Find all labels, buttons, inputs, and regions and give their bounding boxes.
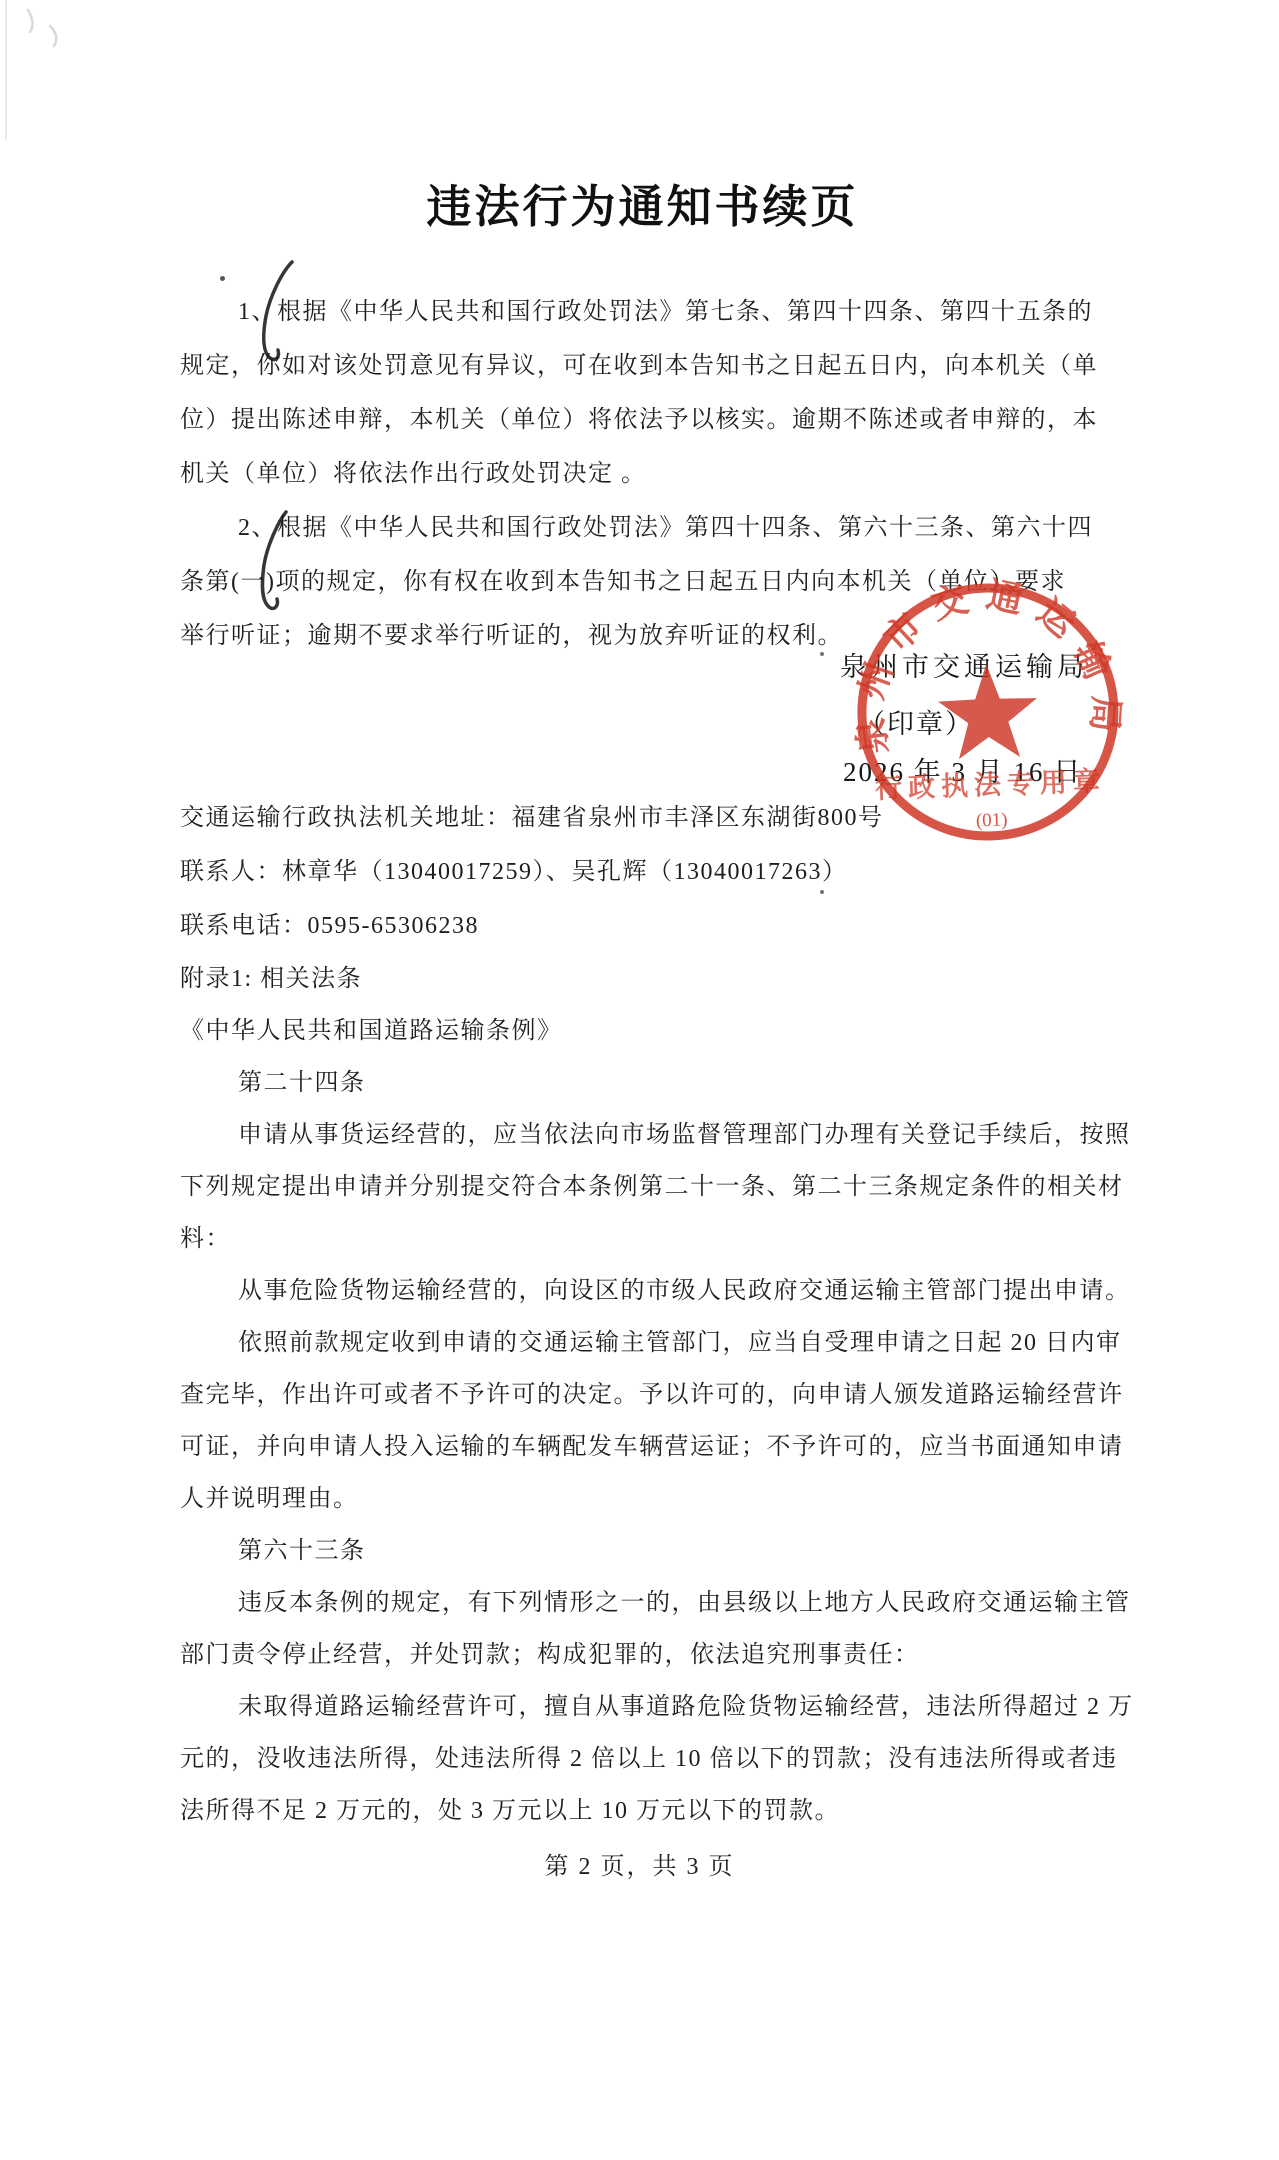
article24-line-7: 可证，并向申请人投入运输的车辆配发车辆营运证；不予许可的，应当书面通知申请	[180, 1421, 1105, 1473]
para2-line-1: 2、根据《中华人民共和国行政处罚法》第四十四条、第六十三条、第六十四	[180, 501, 1105, 555]
article63-line-3: 未取得道路运输经营许可，擅自从事道路危险货物运输经营，违法所得超过 2 万	[180, 1681, 1105, 1733]
page-title: 违法行为通知书续页	[180, 170, 1105, 235]
para1-line-1: 1、根据《中华人民共和国行政处罚法》第七条、第四十四条、第四十五条的	[180, 285, 1105, 339]
contact-persons-line: 联系人：林章华（13040017259）、吴孔辉（13040017263）	[180, 845, 1105, 899]
agency-address-line: 交通运输行政执法机关地址：福建省泉州市丰泽区东湖街800号	[180, 791, 1105, 845]
article63-line-2: 部门责令停止经营，并处罚款；构成犯罪的，依法追究刑事责任：	[180, 1629, 1105, 1681]
article24-line-1: 申请从事货运经营的，应当依法向市场监督管理部门办理有关登记手续后，按照	[180, 1109, 1105, 1161]
article24-line-8: 人并说明理由。	[180, 1473, 1105, 1525]
contact-block: 交通运输行政执法机关地址：福建省泉州市丰泽区东湖街800号 联系人：林章华（13…	[180, 791, 1105, 953]
article63-heading: 第六十三条	[180, 1525, 1105, 1577]
ink-dot	[820, 890, 824, 894]
article24-line-3: 料：	[180, 1213, 1105, 1265]
article63-line-1: 违反本条例的规定，有下列情形之一的，由县级以上地方人民政府交通运输主管	[180, 1577, 1105, 1629]
article24-line-5: 依照前款规定收到申请的交通运输主管部门，应当自受理申请之日起 20 日内审	[180, 1317, 1105, 1369]
signature-date: 2026 年 3 月 16 日	[843, 750, 1082, 789]
article24-line-6: 查完毕，作出许可或者不予许可的决定。予以许可的，向申请人颁发道路运输经营许	[180, 1369, 1105, 1421]
scanned-notice-page: 违法行为通知书续页 1、根据《中华人民共和国行政处罚法》第七条、第四十四条、第四…	[0, 0, 1279, 2160]
ink-dot	[220, 276, 225, 281]
contact-phone-line: 联系电话：0595-65306238	[180, 899, 1105, 953]
appendix-heading: 附录1: 相关法条	[180, 953, 1105, 1005]
para1-line-3: 位）提出陈述申辩，本机关（单位）将依法予以核实。逾期不陈述或者申辩的，本	[180, 393, 1105, 447]
article24-line-2: 下列规定提出申请并分别提交符合本条例第二十一条、第二十三条规定条件的相关材	[180, 1161, 1105, 1213]
article24-line-4: 从事危险货物运输经营的，向设区的市级人民政府交通运输主管部门提出申请。	[180, 1265, 1105, 1317]
article63-line-5: 法所得不足 2 万元的，处 3 万元以上 10 万元以下的罚款。	[180, 1785, 1105, 1837]
signature-seal-label: （印章）	[858, 702, 974, 741]
signature-agency-name: 泉州市交通运输局	[840, 645, 1088, 684]
article63-line-4: 元的，没收违法所得，处违法所得 2 倍以上 10 倍以下的罚款；没有违法所得或者…	[180, 1733, 1105, 1785]
article24-heading: 第二十四条	[180, 1057, 1105, 1109]
ink-dot	[820, 652, 824, 656]
page-footer: 第 2 页，共 3 页	[0, 1846, 1279, 1881]
paragraph-1: 1、根据《中华人民共和国行政处罚法》第七条、第四十四条、第四十五条的 规定，你如…	[180, 285, 1105, 501]
document-content: 违法行为通知书续页 1、根据《中华人民共和国行政处罚法》第七条、第四十四条、第四…	[0, 0, 1279, 1837]
para2-line-2: 条第(一)项的规定，你有权在收到本告知书之日起五日内向本机关（单位）要求	[180, 555, 1105, 609]
paragraph-2: 2、根据《中华人民共和国行政处罚法》第四十四条、第六十三条、第六十四 条第(一)…	[180, 501, 1105, 663]
appendix-block: 附录1: 相关法条 《中华人民共和国道路运输条例》 第二十四条 申请从事货运经营…	[180, 953, 1105, 1837]
para1-line-2: 规定，你如对该处罚意见有异议，可在收到本告知书之日起五日内，向本机关（单	[180, 339, 1105, 393]
law-title: 《中华人民共和国道路运输条例》	[180, 1005, 1105, 1057]
para1-line-4: 机关（单位）将依法作出行政处罚决定 。	[180, 447, 1105, 501]
